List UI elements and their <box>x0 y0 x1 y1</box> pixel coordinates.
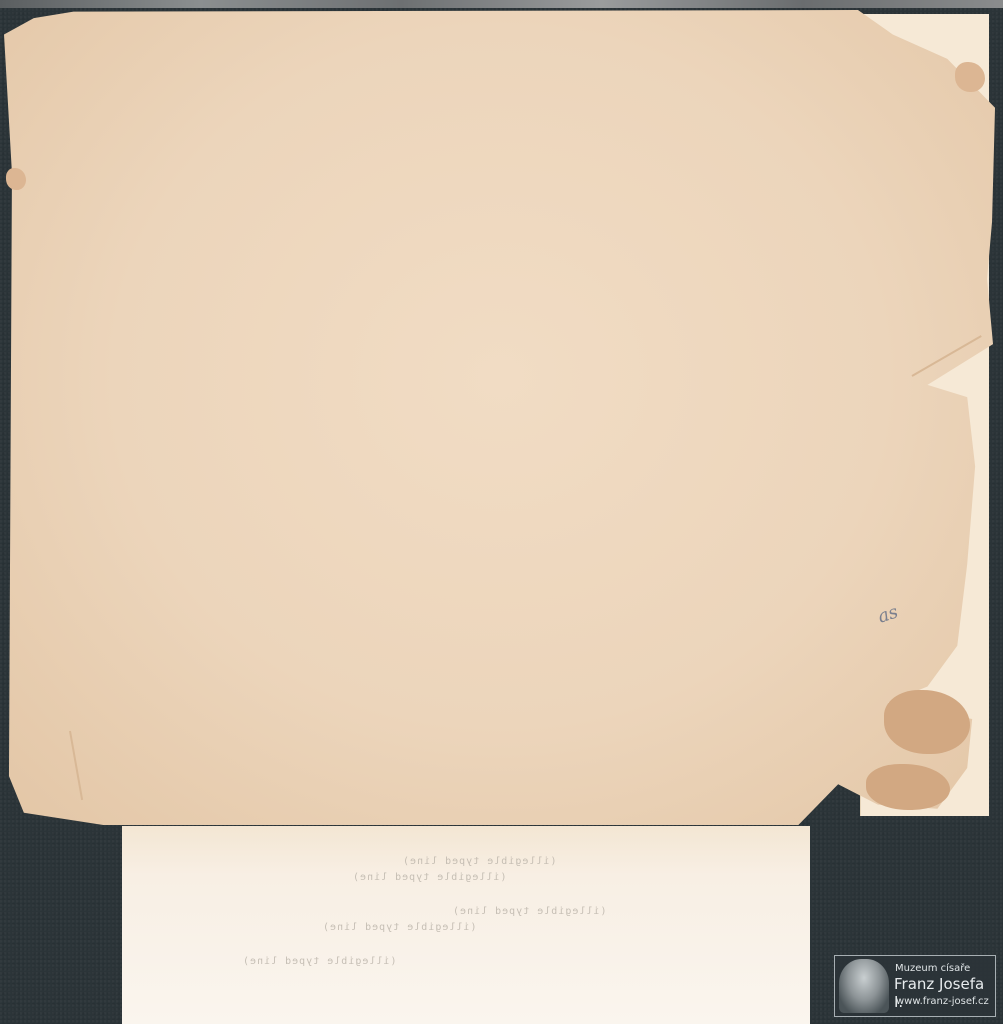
watermark-url: www.franz-josef.cz <box>896 996 989 1007</box>
caption-line: (illegible typed line) <box>322 922 476 933</box>
emperor-portrait-icon <box>839 959 889 1013</box>
paper-loss-stain <box>6 168 26 190</box>
photo-reverse-sheet <box>4 10 997 825</box>
caption-line: (illegible typed line) <box>242 956 396 967</box>
frame-top-edge <box>0 0 1003 8</box>
paper-loss-stain <box>955 62 985 92</box>
caption-strip: (illegible typed line) (illegible typed … <box>122 826 810 1024</box>
caption-line: (illegible typed line) <box>402 856 556 867</box>
caption-line: (illegible typed line) <box>352 872 506 883</box>
watermark-line1: Muzeum císaře <box>895 963 970 974</box>
caption-line: (illegible typed line) <box>452 906 606 917</box>
museum-watermark: Muzeum císaře Franz Josefa I. www.franz-… <box>834 955 996 1017</box>
